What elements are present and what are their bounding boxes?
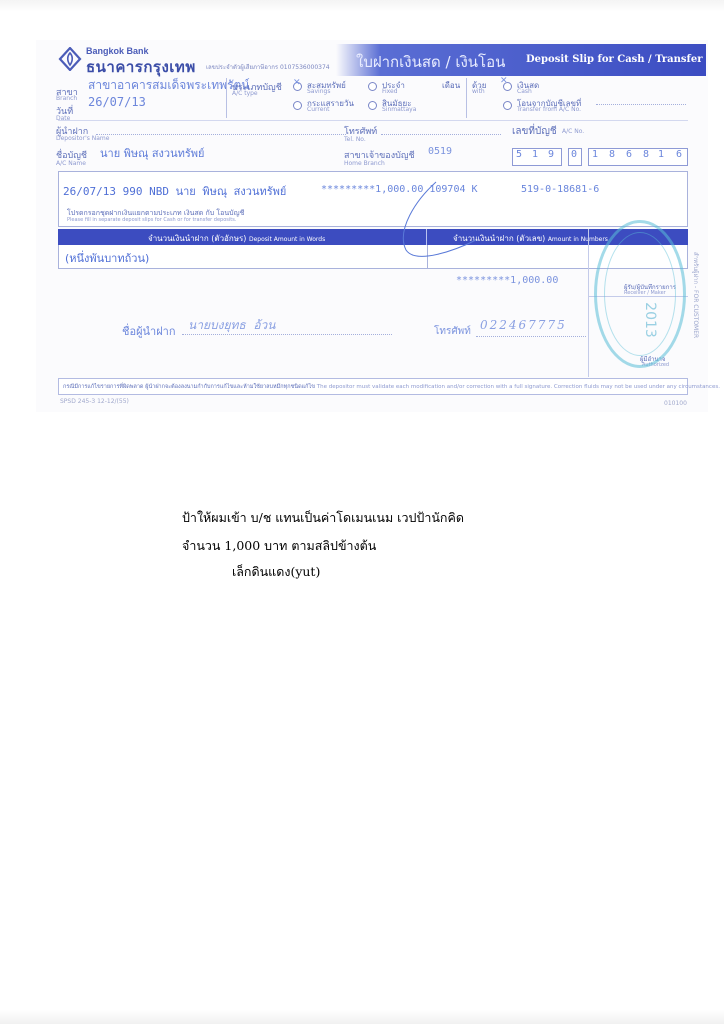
tel-field[interactable] [381,134,501,135]
form-serial: 010100 [664,400,687,407]
slip-title-th: ใบฝากเงินสด / เงินโอน [356,50,505,74]
divider [588,229,589,377]
footer-warning: กรณีมีการแก้ไขรายการที่ผิดพลาด ผู้นำฝากจ… [63,383,720,391]
account-digit: 5 [516,149,522,160]
radio-fixed[interactable] [368,82,377,91]
amount-words-value: (หนึ่งพันบาทถ้วน) [65,249,149,267]
note-line-2: จำนวน 1,000 บาท ตามสลิปข้างต้น [182,536,376,556]
account-digit: 0 [571,149,577,160]
option-savings-en: Savings [307,88,330,95]
stamp-year: 2013 [642,302,658,338]
check-mark-icon: ✕ [500,76,508,86]
account-digit: 9 [548,149,554,160]
depositor-name-handwritten: นายบงยุทธ อ้วน [188,316,276,335]
account-name-label-en: A/C Name [56,160,86,167]
radio-sinmattaya[interactable] [368,101,377,110]
account-no-label: เลขที่บัญชี [512,124,557,139]
account-digit: 1 [592,149,598,160]
depositor-label-en: Depositor's Name [56,135,109,142]
pen-stroke-icon [366,180,486,290]
check-mark-icon: ✕ [293,78,301,88]
note-line-1: ป้าให้ผมเข้า บ/ช แทนเป็นค่าโดเมนเนม เวปป… [182,508,464,528]
account-digit: 1 [532,149,538,160]
account-digit: 6 [676,149,682,160]
radio-current[interactable] [293,101,302,110]
account-digit: 6 [626,149,632,160]
signature-tel-field[interactable] [476,336,586,337]
account-name-value: นาย พิษณุ สงวนทรัพย์ [100,144,204,162]
handwritten-note-box: ป้าให้ผมเข้า บ/ช แทนเป็นค่าโดเมนเนม เวปป… [180,500,464,584]
option-transfer-en: Transfer from A/C No. [517,106,581,113]
printed-line-account: 519-0-18681-6 [521,184,599,195]
deposit-slip: Bangkok Bank ธนาคารกรุงเทพ เลขประจำตัวผู… [36,40,708,412]
bank-stamp-inner [604,232,676,356]
account-no-label-en: A/C No. [562,128,584,135]
option-current-en: Current [307,106,330,113]
slip-title-en: Deposit Slip for Cash / Transfer [526,54,703,65]
home-branch-value: 0519 [428,146,452,157]
footer-warning-box: กรณีมีการแก้ไขรายการที่ผิดพลาด ผู้นำฝากจ… [58,378,688,395]
signature-tel-handwritten: 022467775 [480,318,567,332]
signature-tel-label: โทรศัพท์ [434,324,471,339]
tel-label-en: Tel. No. [344,136,366,143]
tax-id: เลขประจำตัวผู้เสียภาษีอากร 0107536000374 [206,62,330,72]
divider [226,78,227,118]
deposit-with-label-en: with [472,88,485,95]
note-line-3: เล็กดินแดง(yut) [232,562,320,582]
customer-copy-label: สำหรับผู้ฝาก - FOR CUSTOMER [690,252,700,338]
option-fixed-en: Fixed [382,88,398,95]
radio-transfer[interactable] [503,101,512,110]
form-code: SPSD 245-3 12-12/(55) [60,398,129,405]
transfer-account-line [596,104,686,105]
home-branch-label-en: Home Branch [344,160,385,167]
separate-slip-note-en: Please fill in separate deposit slips fo… [67,217,236,223]
account-type-label-en: A/C type [232,90,258,97]
date-value: 26/07/13 [88,95,146,109]
depositor-name-label: ชื่อผู้นำฝาก [122,322,176,340]
account-digit: 8 [609,149,615,160]
account-digit: 1 [658,149,664,160]
divider [58,120,688,121]
bangkok-bank-logo-icon [58,47,82,71]
depositor-field[interactable] [96,134,346,135]
account-digit: 8 [643,149,649,160]
printed-line-left: 26/07/13 990 NBD นาย พิษณุ สงวนทรัพย์ [63,182,286,200]
fixed-months-label: เดือน [442,79,460,92]
branch-label-en: Branch [56,95,77,102]
divider [466,78,467,118]
account-no-box-3 [588,148,688,166]
amount-words-header: จำนวนเงินนำฝาก (ตัวอักษร) Deposit Amount… [148,232,325,245]
option-cash-en: Cash [517,88,532,95]
option-sinmattaya-en: Sinmattaya [382,106,416,113]
